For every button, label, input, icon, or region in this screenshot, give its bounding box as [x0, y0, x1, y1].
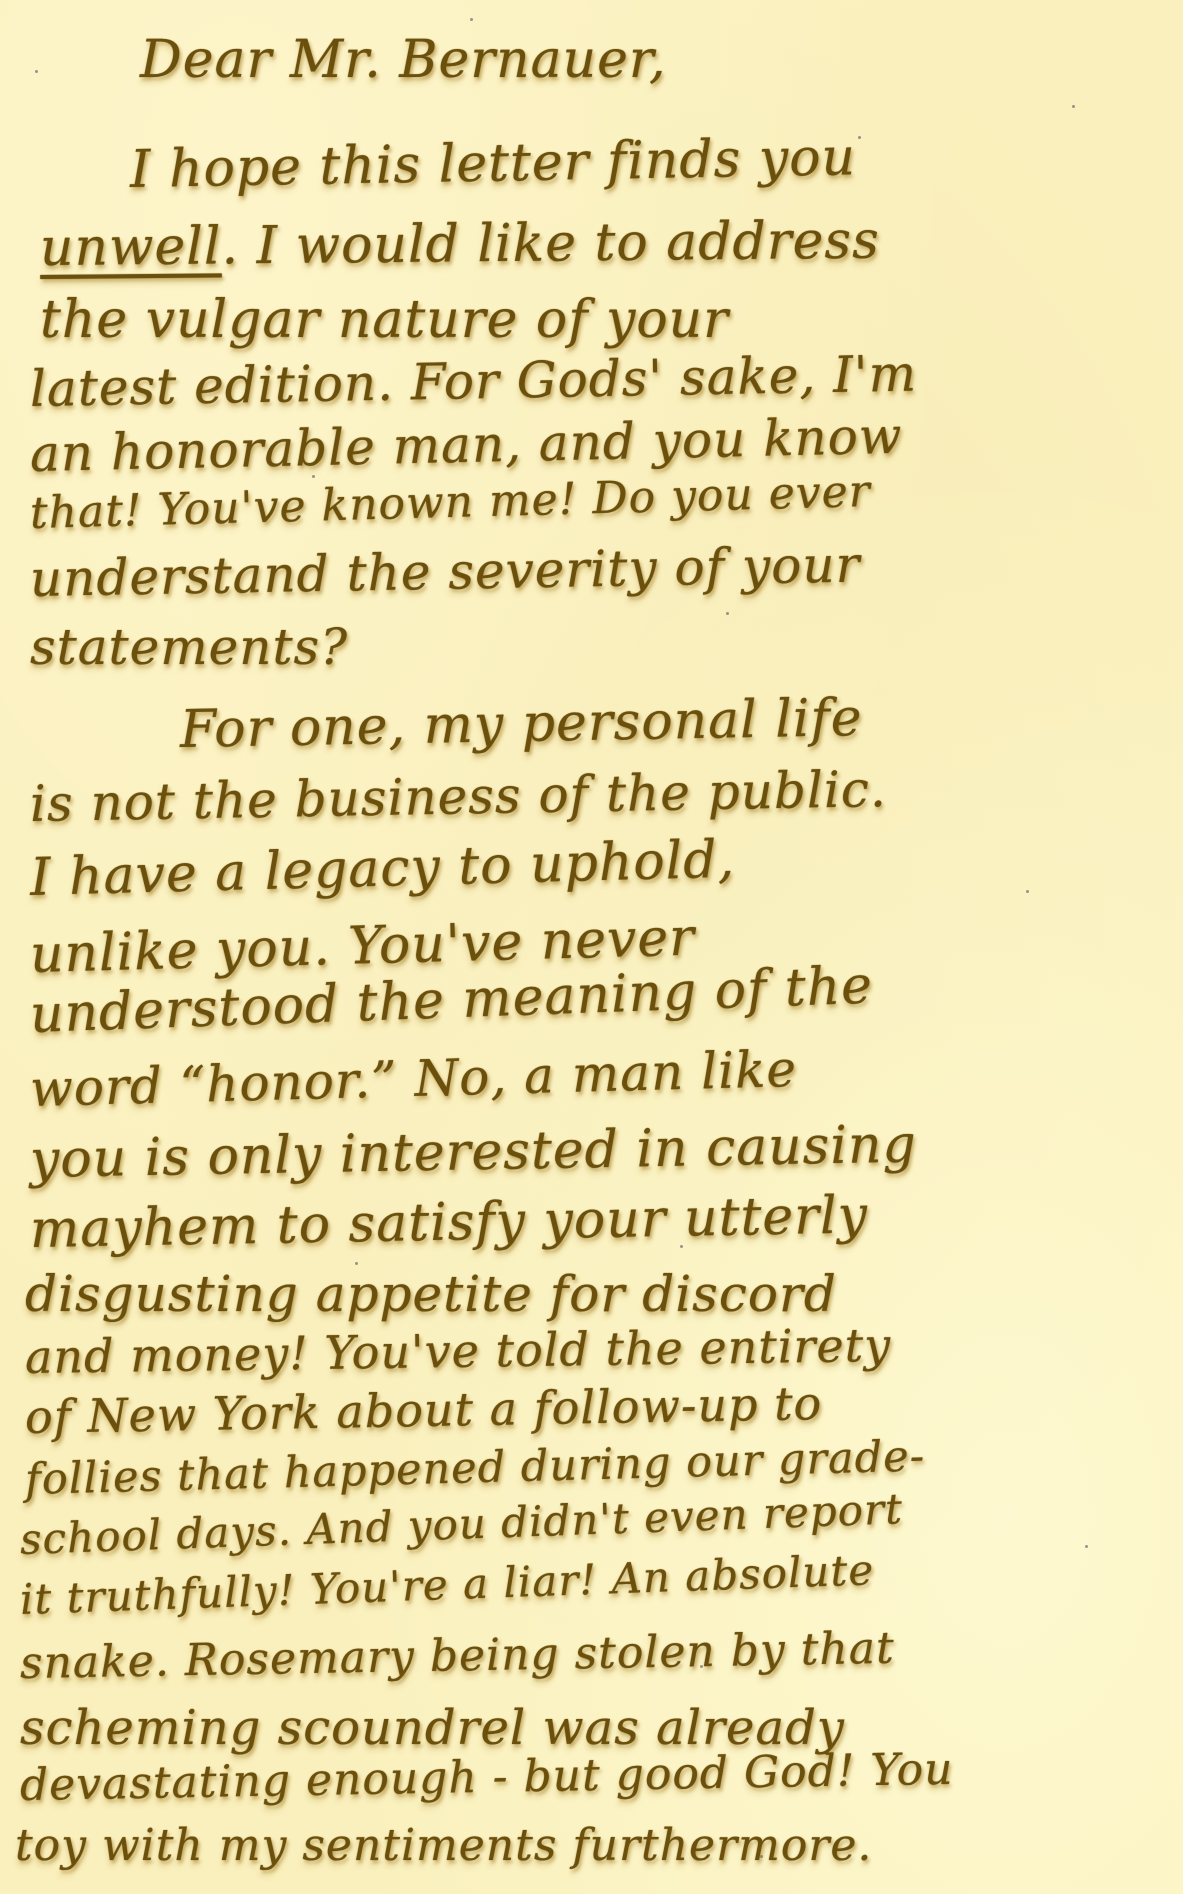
letter-line: of New York about a follow-up to [25, 1376, 823, 1444]
paper-speck [726, 612, 729, 615]
letter-line: statements? [30, 618, 348, 676]
letter-line: understand the severity of your [29, 536, 860, 608]
letter-line-text: statements? [30, 618, 348, 676]
letter-line-text: I hope this letter finds you [129, 127, 856, 200]
letter-line: the vulgar nature of your [40, 290, 729, 350]
paper-speck [1026, 890, 1029, 893]
letter-line: I hope this letter finds you [129, 127, 856, 200]
letter-line: disgusting appetite for discord [25, 1265, 837, 1323]
letter-line: snake. Rosemary being stolen by that [20, 1623, 896, 1689]
underlined-word: unwell [40, 216, 222, 278]
letter-line-text: . I would like to address [221, 211, 880, 277]
letter-line-text: you is only interested in causing [29, 1115, 917, 1190]
paper-speck [1072, 105, 1075, 108]
letter-line-text: snake. Rosemary being stolen by that [20, 1623, 896, 1689]
letter-line: toy with my sentiments furthermore. [15, 1820, 872, 1871]
letter-line: mayhem to satisfy your utterly [29, 1185, 868, 1260]
letter-line: unwell. I would like to address [40, 211, 880, 278]
letter-line: is not the business of the public. [29, 760, 887, 833]
letter-line: word “honor.” No, a man like [29, 1040, 797, 1118]
letter-line-text: the vulgar nature of your [40, 290, 729, 350]
handwritten-letter-page: Dear Mr. Bernauer, I hope this letter fi… [0, 0, 1183, 1894]
paper-speck [470, 18, 473, 21]
letter-line: and money! You've told the entirety [25, 1318, 892, 1384]
letter-line-text: For one, my personal life [179, 688, 863, 760]
letter-line-text: and money! You've told the entirety [25, 1318, 892, 1384]
letter-line-text: latest edition. For Gods' sake, I'm [29, 345, 917, 418]
letter-line-text: I have a legacy to uphold, [29, 830, 736, 908]
letter-line-text: understand the severity of your [29, 536, 860, 608]
letter-line: latest edition. For Gods' sake, I'm [29, 345, 917, 418]
letter-line: I have a legacy to uphold, [29, 830, 736, 908]
letter-line: For one, my personal life [179, 688, 863, 760]
letter-line: you is only interested in causing [29, 1115, 917, 1190]
letter-line-text: disgusting appetite for discord [25, 1265, 837, 1323]
letter-line-text: mayhem to satisfy your utterly [29, 1185, 868, 1260]
letter-line-text: is not the business of the public. [29, 760, 887, 833]
letter-line-text: word “honor.” No, a man like [29, 1040, 797, 1118]
paper-speck [858, 136, 861, 139]
letter-salutation: Dear Mr. Bernauer, [140, 30, 667, 90]
paper-speck [1085, 1545, 1088, 1548]
letter-line-text: toy with my sentiments furthermore. [15, 1820, 872, 1871]
letter-line-text: of New York about a follow-up to [25, 1376, 823, 1444]
paper-speck [35, 70, 38, 73]
